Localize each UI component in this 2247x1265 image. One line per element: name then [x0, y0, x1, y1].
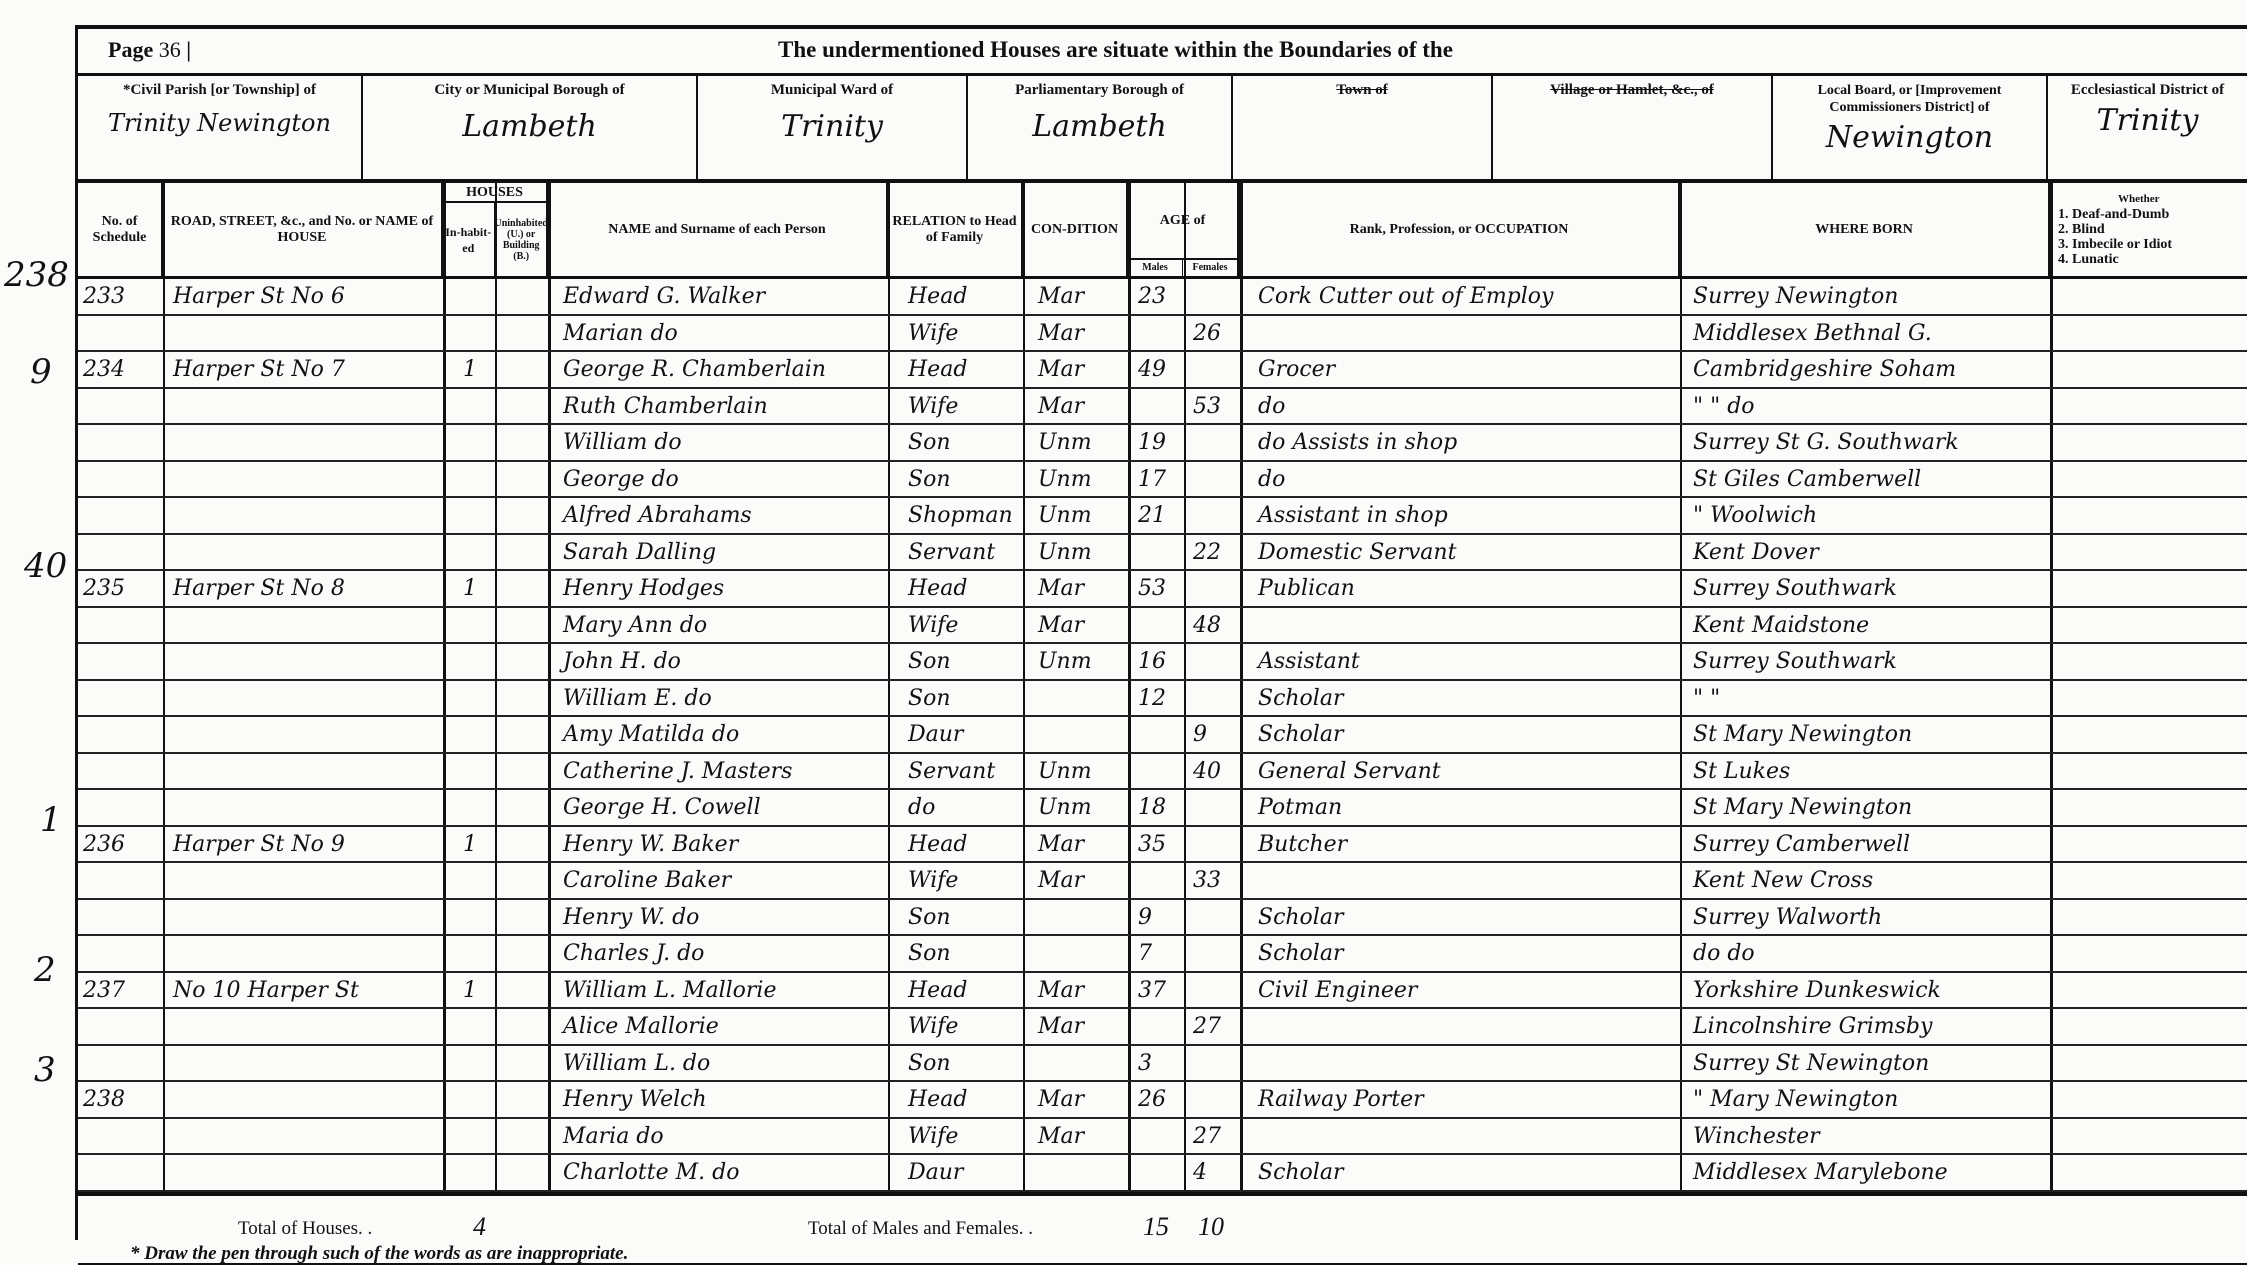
municipal-borough-cell: City or Municipal Borough ofLambeth — [363, 76, 698, 179]
occupation-cell: Cork Cutter out of Employ — [1258, 279, 1553, 310]
margin-number: 40 — [24, 546, 67, 586]
col-road: ROAD, STREET, &c., and No. or NAME of HO… — [163, 183, 443, 276]
schedule-cell: 233 — [83, 279, 125, 310]
occupation-cell: General Servant — [1258, 754, 1441, 785]
where-born-cell: Winchester — [1693, 1119, 1820, 1150]
where-born-cell: Kent Maidstone — [1693, 608, 1869, 639]
total-houses-label: Total of Houses. . — [238, 1218, 372, 1240]
male-age-cell: 18 — [1138, 790, 1166, 821]
where-born-cell: Cambridgeshire Soham — [1693, 352, 1956, 383]
name-cell: Alfred Abrahams — [563, 498, 752, 529]
name-cell: Alice Mallorie — [563, 1009, 719, 1040]
table-row: George H. CowelldoUnm18PotmanSt Mary New… — [78, 790, 2247, 827]
ecclesiastical-district-cell: Ecclesiastical District ofTrinity — [2048, 76, 2247, 179]
name-cell: Caroline Baker — [563, 863, 731, 894]
col-condition: CON-DITION — [1023, 183, 1128, 276]
page-indicator: Page 36 | — [108, 37, 191, 63]
female-age-cell: 48 — [1193, 608, 1221, 639]
female-age-cell: 33 — [1193, 863, 1221, 894]
female-age-cell: 53 — [1193, 389, 1221, 420]
condition-cell: Unm — [1038, 535, 1092, 566]
condition-cell: Mar — [1038, 571, 1084, 602]
where-born-cell: " " do — [1693, 389, 1755, 420]
occupation-cell: Scholar — [1258, 900, 1343, 931]
female-age-cell: 9 — [1193, 717, 1207, 748]
condition-cell: Mar — [1038, 608, 1084, 639]
name-cell: Ruth Chamberlain — [563, 389, 768, 420]
name-cell: Mary Ann do — [563, 608, 707, 639]
table-row: Marian doWifeMar26Middlesex Bethnal G. — [78, 316, 2247, 353]
occupation-cell: do Assists in shop — [1258, 425, 1457, 456]
census-sheet: Page 36 | The undermentioned Houses are … — [75, 25, 2247, 1240]
where-born-cell: Surrey Southwark — [1693, 571, 1897, 602]
relation-cell: Daur — [908, 1155, 963, 1186]
female-age-cell: 26 — [1193, 316, 1221, 347]
where-born-cell: " Woolwich — [1693, 498, 1817, 529]
condition-cell: Mar — [1038, 1119, 1084, 1150]
occupation-cell: Railway Porter — [1258, 1082, 1424, 1113]
inhabited-cell: 1 — [463, 827, 477, 858]
col-occupation: Rank, Profession, or OCCUPATION — [1240, 183, 1680, 276]
relation-cell: Son — [908, 936, 951, 967]
condition-cell: Mar — [1038, 316, 1084, 347]
table-row: Mary Ann doWifeMar48Kent Maidstone — [78, 608, 2247, 645]
relation-cell: Wife — [908, 389, 958, 420]
female-age-cell: 27 — [1193, 1119, 1221, 1150]
male-age-cell: 3 — [1138, 1046, 1152, 1077]
condition-cell: Mar — [1038, 973, 1084, 1004]
where-born-cell: Yorkshire Dunkeswick — [1693, 973, 1941, 1004]
relation-cell: Head — [908, 827, 967, 858]
male-age-cell: 17 — [1138, 462, 1166, 493]
table-row: Charlotte M. doDaur4ScholarMiddlesex Mar… — [78, 1155, 2247, 1192]
table-row: 236Harper St No 91Henry W. BakerHeadMar3… — [78, 827, 2247, 864]
name-cell: Henry W. Baker — [563, 827, 738, 858]
table-row: William E. doSon12Scholar" " — [78, 681, 2247, 718]
road-cell: Harper St No 6 — [173, 279, 345, 310]
occupation-cell: Scholar — [1258, 717, 1343, 748]
condition-cell: Unm — [1038, 498, 1092, 529]
col-name: NAME and Surname of each Person — [548, 183, 888, 276]
col-inhabited: In-habit-ed — [443, 203, 495, 276]
condition-cell: Unm — [1038, 754, 1092, 785]
occupation-cell: do — [1258, 462, 1285, 493]
table-row: 233Harper St No 6Edward G. WalkerHeadMar… — [78, 279, 2247, 316]
male-age-cell: 49 — [1138, 352, 1166, 383]
table-row: 238Henry WelchHeadMar26Railway Porter" M… — [78, 1082, 2247, 1119]
where-born-cell: " Mary Newington — [1693, 1082, 1898, 1113]
table-row: Caroline BakerWifeMar33Kent New Cross — [78, 863, 2247, 900]
table-row: Alice MallorieWifeMar27Lincolnshire Grim… — [78, 1009, 2247, 1046]
total-houses-value: 4 — [473, 1212, 486, 1242]
where-born-cell: St Mary Newington — [1693, 717, 1912, 748]
name-cell: Henry W. do — [563, 900, 699, 931]
census-entries: 233Harper St No 6Edward G. WalkerHeadMar… — [78, 279, 2247, 1192]
occupation-cell: do — [1258, 389, 1285, 420]
occupation-cell: Potman — [1258, 790, 1342, 821]
page-number: 36 — [159, 37, 181, 62]
total-males-value: 15 — [1143, 1212, 1169, 1242]
where-born-cell: St Mary Newington — [1693, 790, 1912, 821]
where-born-cell: St Giles Camberwell — [1693, 462, 1921, 493]
male-age-cell: 16 — [1138, 644, 1166, 675]
relation-cell: Son — [908, 681, 951, 712]
condition-cell: Mar — [1038, 279, 1084, 310]
col-relation: RELATION to Head of Family — [888, 183, 1023, 276]
relation-cell: Wife — [908, 316, 958, 347]
relation-cell: Head — [908, 279, 967, 310]
col-females: Females — [1183, 260, 1237, 276]
relation-cell: Son — [908, 900, 951, 931]
where-born-cell: " " — [1693, 681, 1720, 712]
table-row: Amy Matilda doDaur9ScholarSt Mary Newing… — [78, 717, 2247, 754]
where-born-cell: Surrey Southwark — [1693, 644, 1897, 675]
occupation-cell: Publican — [1258, 571, 1355, 602]
male-age-cell: 35 — [1138, 827, 1166, 858]
total-females-value: 10 — [1198, 1212, 1224, 1242]
male-age-cell: 21 — [1138, 498, 1166, 529]
inhabited-cell: 1 — [463, 352, 477, 383]
name-cell: John H. do — [563, 644, 681, 675]
occupation-cell: Domestic Servant — [1258, 535, 1456, 566]
parliamentary-borough-cell: Parliamentary Borough ofLambeth — [968, 76, 1233, 179]
condition-cell: Mar — [1038, 389, 1084, 420]
occupation-cell: Grocer — [1258, 352, 1335, 383]
civil-parish-cell: *Civil Parish [or Township] ofTrinity Ne… — [78, 76, 363, 179]
village-cell: Village or Hamlet, &c., of — [1493, 76, 1773, 179]
table-row: William doSonUnm19do Assists in shopSurr… — [78, 425, 2247, 462]
schedule-cell: 234 — [83, 352, 125, 383]
table-row: Ruth ChamberlainWifeMar53do" " do — [78, 389, 2247, 426]
name-cell: William L. do — [563, 1046, 710, 1077]
where-born-cell: do do — [1693, 936, 1755, 967]
table-row: John H. doSonUnm16AssistantSurrey Southw… — [78, 644, 2247, 681]
occupation-cell: Butcher — [1258, 827, 1347, 858]
inhabited-cell: 1 — [463, 973, 477, 1004]
col-infirmity: Whether 1. Deaf-and-Dumb 2. Blind 3. Imb… — [2050, 183, 2247, 276]
road-cell: Harper St No 7 — [173, 352, 345, 383]
name-cell: Edward G. Walker — [563, 279, 765, 310]
condition-cell: Unm — [1038, 462, 1092, 493]
name-cell: Charlotte M. do — [563, 1155, 739, 1186]
table-row: Alfred AbrahamsShopmanUnm21Assistant in … — [78, 498, 2247, 535]
inhabited-cell: 1 — [463, 571, 477, 602]
female-age-cell: 22 — [1193, 535, 1221, 566]
relation-cell: Servant — [908, 754, 995, 785]
relation-cell: Wife — [908, 863, 958, 894]
male-age-cell: 53 — [1138, 571, 1166, 602]
male-age-cell: 12 — [1138, 681, 1166, 712]
road-cell: Harper St No 9 — [173, 827, 345, 858]
name-cell: Amy Matilda do — [563, 717, 739, 748]
relation-cell: Head — [908, 571, 967, 602]
relation-cell: Son — [908, 644, 951, 675]
table-row: 234Harper St No 71George R. ChamberlainH… — [78, 352, 2247, 389]
municipal-ward-cell: Municipal Ward ofTrinity — [698, 76, 968, 179]
male-age-cell: 7 — [1138, 936, 1152, 967]
relation-cell: Servant — [908, 535, 995, 566]
where-born-cell: Lincolnshire Grimsby — [1693, 1009, 1932, 1040]
schedule-cell: 236 — [83, 827, 125, 858]
name-cell: Marian do — [563, 316, 678, 347]
margin-number: 2 — [34, 950, 56, 990]
condition-cell: Mar — [1038, 863, 1084, 894]
col-uninhabited: Uninhabited (U.) or Building (B.) — [495, 203, 547, 276]
female-age-cell: 4 — [1193, 1155, 1207, 1186]
occupation-cell: Civil Engineer — [1258, 973, 1417, 1004]
relation-cell: Shopman — [908, 498, 1013, 529]
margin-number: 3 — [34, 1050, 56, 1090]
occupation-cell: Assistant in shop — [1258, 498, 1448, 529]
town-cell: Town of — [1233, 76, 1493, 179]
male-age-cell: 23 — [1138, 279, 1166, 310]
name-cell: Charles J. do — [563, 936, 704, 967]
female-age-cell: 27 — [1193, 1009, 1221, 1040]
schedule-cell: 238 — [83, 1082, 125, 1113]
relation-cell: Head — [908, 352, 967, 383]
road-cell: No 10 Harper St — [173, 973, 359, 1004]
male-age-cell: 26 — [1138, 1082, 1166, 1113]
relation-cell: Son — [908, 425, 951, 456]
relation-cell: Wife — [908, 608, 958, 639]
relation-cell: Wife — [908, 1119, 958, 1150]
male-age-cell: 37 — [1138, 973, 1166, 1004]
margin-number: 1 — [40, 800, 62, 840]
relation-cell: do — [908, 790, 935, 821]
table-row: Henry W. doSon9ScholarSurrey Walworth — [78, 900, 2247, 937]
relation-cell: Head — [908, 1082, 967, 1113]
condition-cell: Mar — [1038, 352, 1084, 383]
relation-cell: Son — [908, 462, 951, 493]
where-born-cell: Surrey St G. Southwark — [1693, 425, 1959, 456]
condition-cell: Mar — [1038, 1009, 1084, 1040]
col-where-born: WHERE BORN — [1680, 183, 2050, 276]
name-cell: Maria do — [563, 1119, 664, 1150]
occupation-cell: Scholar — [1258, 681, 1343, 712]
where-born-cell: Kent New Cross — [1693, 863, 1873, 894]
table-row: Charles J. doSon7Scholardo do — [78, 936, 2247, 973]
schedule-cell: 237 — [83, 973, 125, 1004]
table-row: Maria doWifeMar27Winchester — [78, 1119, 2247, 1156]
road-cell: Harper St No 8 — [173, 571, 345, 602]
male-age-cell: 9 — [1138, 900, 1152, 931]
margin-number: 9 — [30, 352, 52, 392]
condition-cell: Mar — [1038, 1082, 1084, 1113]
local-board-cell: Local Board, or [Improvement Commissione… — [1773, 76, 2048, 179]
footnote: * Draw the pen through such of the words… — [130, 1243, 628, 1265]
total-persons-label: Total of Males and Females. . — [808, 1218, 1033, 1240]
where-born-cell: Middlesex Bethnal G. — [1693, 316, 1932, 347]
name-cell: William do — [563, 425, 682, 456]
where-born-cell: Surrey Walworth — [1693, 900, 1882, 931]
name-cell: Sarah Dalling — [563, 535, 716, 566]
name-cell: George do — [563, 462, 679, 493]
condition-cell: Unm — [1038, 644, 1092, 675]
where-born-cell: St Lukes — [1693, 754, 1790, 785]
col-schedule: No. of Schedule — [78, 183, 163, 276]
column-headers: No. of Schedule ROAD, STREET, &c., and N… — [78, 183, 2247, 279]
relation-cell: Son — [908, 1046, 951, 1077]
name-cell: William L. Mallorie — [563, 973, 776, 1004]
boundaries-row: *Civil Parish [or Township] ofTrinity Ne… — [78, 73, 2247, 183]
occupation-cell: Scholar — [1258, 1155, 1343, 1186]
table-row: Sarah DallingServantUnm22Domestic Servan… — [78, 535, 2247, 572]
condition-cell: Unm — [1038, 425, 1092, 456]
where-born-cell: Surrey Camberwell — [1693, 827, 1910, 858]
where-born-cell: Kent Dover — [1693, 535, 1819, 566]
margin-number: 238 — [4, 255, 69, 295]
name-cell: William E. do — [563, 681, 712, 712]
male-age-cell: 19 — [1138, 425, 1166, 456]
col-males: Males — [1128, 260, 1183, 276]
female-age-cell: 40 — [1193, 754, 1221, 785]
occupation-cell: Assistant — [1258, 644, 1360, 675]
table-row: 235Harper St No 81Henry HodgesHeadMar53P… — [78, 571, 2247, 608]
occupation-cell: Scholar — [1258, 936, 1343, 967]
name-cell: Henry Hodges — [563, 571, 724, 602]
condition-cell: Mar — [1038, 827, 1084, 858]
name-cell: Henry Welch — [563, 1082, 707, 1113]
table-row: William L. doSon3Surrey St Newington — [78, 1046, 2247, 1083]
relation-cell: Wife — [908, 1009, 958, 1040]
page-title: The undermentioned Houses are situate wi… — [778, 37, 1453, 63]
where-born-cell: Surrey Newington — [1693, 279, 1898, 310]
relation-cell: Daur — [908, 717, 963, 748]
name-cell: George R. Chamberlain — [563, 352, 826, 383]
where-born-cell: Surrey St Newington — [1693, 1046, 1929, 1077]
title-row: Page 36 | The undermentioned Houses are … — [78, 29, 2247, 73]
where-born-cell: Middlesex Marylebone — [1693, 1155, 1948, 1186]
table-row: George doSonUnm17doSt Giles Camberwell — [78, 462, 2247, 499]
table-row: Catherine J. MastersServantUnm40General … — [78, 754, 2247, 791]
condition-cell: Unm — [1038, 790, 1092, 821]
schedule-cell: 235 — [83, 571, 125, 602]
name-cell: George H. Cowell — [563, 790, 761, 821]
relation-cell: Head — [908, 973, 967, 1004]
table-row: 237No 10 Harper St1William L. MallorieHe… — [78, 973, 2247, 1010]
name-cell: Catherine J. Masters — [563, 754, 792, 785]
